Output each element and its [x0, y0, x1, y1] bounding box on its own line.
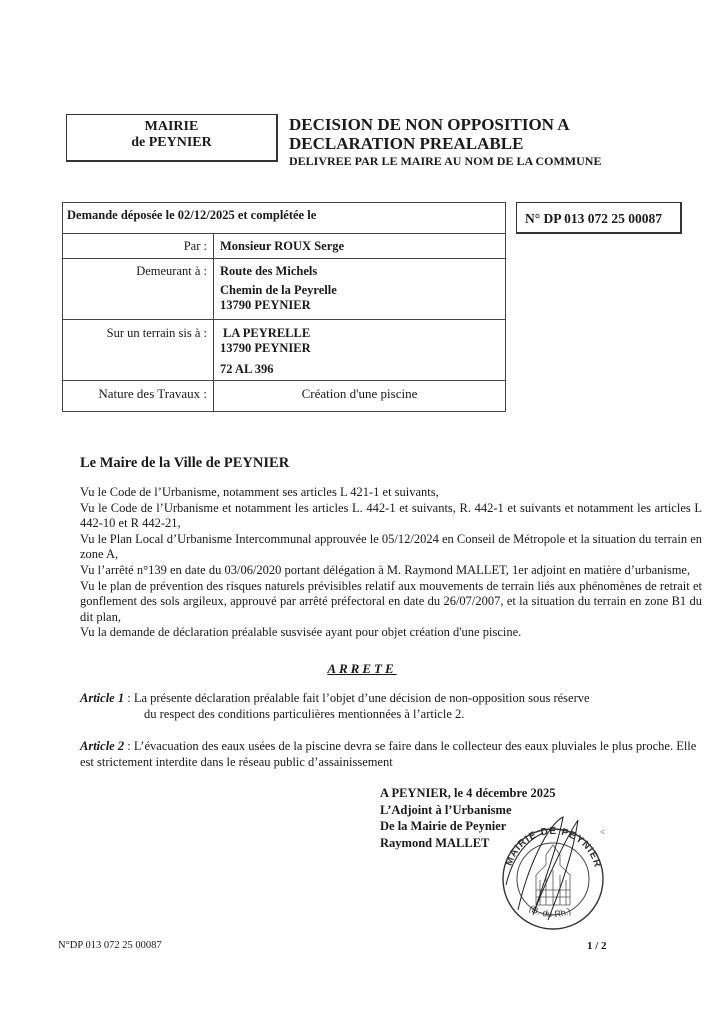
article-1-heading: Article 1 [80, 691, 124, 705]
official-stamp-icon: MAIRIE DE PEYNIER (B.-du-Rh.) < [488, 815, 618, 935]
table-row: Demande déposée le 02/12/2025 et complét… [63, 203, 506, 234]
vu-paragraph: Vu le plan de prévention des risques nat… [80, 579, 702, 626]
mairie-line1: MAIRIE [67, 119, 276, 135]
title-line2: DECLARATION PREALABLE [289, 134, 601, 153]
demeurant-line: Route des Michels [220, 264, 505, 279]
nature-label: Nature des Travaux : [63, 381, 214, 412]
document-title: DECISION DE NON OPPOSITION A DECLARATION… [289, 115, 601, 168]
page-number: 1 / 2 [587, 940, 607, 952]
article-2-heading: Article 2 [80, 739, 124, 753]
demeurant-label: Demeurant à : [63, 259, 214, 320]
par-label: Par : [63, 234, 214, 259]
article-1-text: : La présente déclaration préalable fait… [124, 691, 589, 705]
article-2: Article 2 : L’évacuation des eaux usées … [80, 738, 700, 770]
terrain-line: 72 AL 396 [220, 362, 505, 377]
section-title: Le Maire de la Ville de PEYNIER [80, 455, 289, 472]
table-row: Demeurant à : Route des Michels Chemin d… [63, 259, 506, 320]
terrain-line: LA PEYRELLE [220, 326, 505, 341]
title-line3: DELIVREE PAR LE MAIRE AU NOM DE LA COMMU… [289, 154, 601, 168]
considerations-block: Vu le Code de l’Urbanisme, notamment ses… [80, 485, 702, 641]
application-info-table: Demande déposée le 02/12/2025 et complét… [62, 202, 506, 412]
vu-paragraph: Vu l’arrêté n°139 en date du 03/06/2020 … [80, 563, 702, 579]
mairie-header-box: MAIRIE de PEYNIER [66, 114, 278, 162]
dossier-number-box: N° DP 013 072 25 00087 [516, 202, 682, 234]
nature-value: Création d'une piscine [214, 381, 506, 412]
table-row: Sur un terrain sis à : LA PEYRELLE 13790… [63, 320, 506, 381]
terrain-line: 13790 PEYNIER [220, 341, 505, 356]
vu-paragraph: Vu la demande de déclaration préalable s… [80, 625, 702, 641]
demande-cell: Demande déposée le 02/12/2025 et complét… [63, 203, 506, 234]
par-value: Monsieur ROUX Serge [214, 234, 506, 259]
article-2-text: : L’évacuation des eaux usées de la pisc… [80, 739, 696, 769]
article-1: Article 1 : La présente déclaration préa… [80, 690, 700, 722]
footer-reference: N°DP 013 072 25 00087 [58, 940, 162, 951]
arrete-heading: ARRETE [0, 661, 724, 677]
vu-paragraph: Vu le Code de l’Urbanisme et notamment l… [80, 501, 702, 532]
demeurant-line: Chemin de la Peyrelle [220, 283, 505, 298]
title-line1: DECISION DE NON OPPOSITION A [289, 115, 601, 134]
vu-paragraph: Vu le Code de l’Urbanisme, notamment ses… [80, 485, 702, 501]
table-row: Nature des Travaux : Création d'une pisc… [63, 381, 506, 412]
svg-text:<: < [600, 827, 605, 837]
svg-text:MAIRIE DE PEYNIER: MAIRIE DE PEYNIER [504, 826, 603, 869]
vu-paragraph: Vu le Plan Local d’Urbanisme Intercommun… [80, 532, 702, 563]
signature-place-date: A PEYNIER, le 4 décembre 2025 [380, 785, 555, 802]
table-row: Par : Monsieur ROUX Serge [63, 234, 506, 259]
mairie-line2: de PEYNIER [67, 135, 276, 151]
demeurant-line: 13790 PEYNIER [220, 298, 505, 313]
article-1-continuation: du respect des conditions particulières … [80, 706, 700, 722]
terrain-value: LA PEYRELLE 13790 PEYNIER 72 AL 396 [214, 320, 506, 381]
stamp-top-text: MAIRIE DE PEYNIER [504, 826, 603, 869]
demeurant-value: Route des Michels Chemin de la Peyrelle … [214, 259, 506, 320]
terrain-label: Sur un terrain sis à : [63, 320, 214, 381]
